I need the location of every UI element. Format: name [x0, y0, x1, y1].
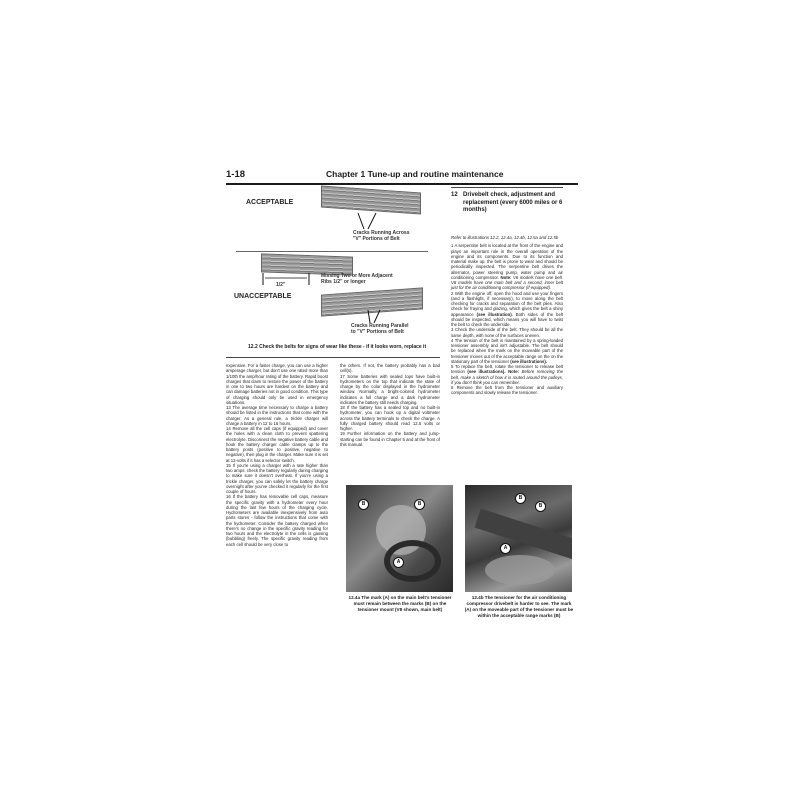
marker-b: B [535, 501, 546, 512]
paragraph: 19 Further information on the battery an… [340, 431, 440, 447]
figure-12-4b-caption: 12.4b The tensioner for the air conditio… [463, 595, 575, 619]
header-rule [226, 183, 578, 185]
figure-12-2-caption: 12.2 Check the belts for signs of wear l… [248, 344, 426, 350]
section-number: 12 [451, 192, 458, 200]
paragraph: expensive. For a faster charge, you can … [226, 363, 328, 405]
callout-cracks-parallel: Cracks Running Parallel to "V" Portions … [351, 323, 409, 335]
section-rule [451, 187, 563, 188]
paragraph: 6 Remove the belt from the tensioner and… [451, 385, 563, 396]
acceptable-label: ACCEPTABLE [246, 199, 293, 206]
callout-missing-ribs: Missing Two or More Adjacent Ribs 1/2" o… [321, 273, 393, 285]
dimension-label: 1/2" [276, 282, 285, 288]
marker-b: B [414, 499, 425, 510]
figure-12-4a-photo: B B A [346, 485, 453, 592]
paragraph: 17 Some batteries with sealed tops have … [340, 374, 440, 406]
arrow-icon [366, 309, 386, 323]
marker-a: A [393, 557, 404, 568]
paragraph: 2 With the engine off, open the hood and… [451, 291, 563, 328]
marker-a: A [500, 543, 511, 554]
unacceptable-label: UNACCEPTABLE [234, 293, 291, 300]
paragraph: 4 The tension of the belt is maintained … [451, 338, 563, 364]
marker-b: B [358, 499, 369, 510]
paragraph: 18 If the battery has a sealed top and n… [340, 405, 440, 431]
paragraph: 5 To replace the belt, rotate the tensio… [451, 364, 563, 385]
figure-rule [226, 357, 440, 358]
paragraph: 15 If you're using a charger with a rate… [226, 463, 328, 495]
text-column-3: Refer to illustrations 12.2, 12.4a, 12.4… [451, 235, 563, 396]
paragraph: 3 Check the underside of the belt. They … [451, 327, 563, 338]
text-column-1: expensive. For a faster charge, you can … [226, 363, 328, 547]
text-column-2: the others. If not, the battery probably… [340, 363, 440, 447]
manual-page: 1-18 Chapter 1 Tune-up and routine maint… [226, 165, 578, 645]
page-number: 1-18 [226, 169, 245, 180]
refer-illustrations: Refer to illustrations 12.2, 12.4a, 12.4… [451, 235, 563, 240]
section-title: Drivebelt check, adjustment and replacem… [463, 192, 563, 215]
figure-divider [236, 251, 428, 252]
chapter-title: Chapter 1 Tune-up and routine maintenanc… [326, 169, 503, 179]
figure-12-4b-photo: B B A [465, 485, 572, 592]
dimension-icon [261, 273, 311, 285]
paragraph: 16 If the battery has removable cell cap… [226, 494, 328, 547]
callout-cracks-across: Cracks Running Across "V" Portions of Be… [353, 230, 410, 242]
paragraph: 14 Remove all the cell caps (if equipped… [226, 426, 328, 463]
marker-b: B [515, 493, 526, 504]
arrow-icon [356, 211, 386, 229]
figure-12-2: ACCEPTABLE Cracks Running Across "V" Por… [226, 187, 438, 337]
figure-12-4a-caption: 12.4a The mark (A) on the main belt's te… [344, 595, 456, 613]
paragraph: 13 The average time necessary to charge … [226, 405, 328, 426]
paragraph: 1 A serpentine belt is located at the fr… [451, 243, 563, 290]
paragraph: the others. If not, the battery probably… [340, 363, 440, 374]
